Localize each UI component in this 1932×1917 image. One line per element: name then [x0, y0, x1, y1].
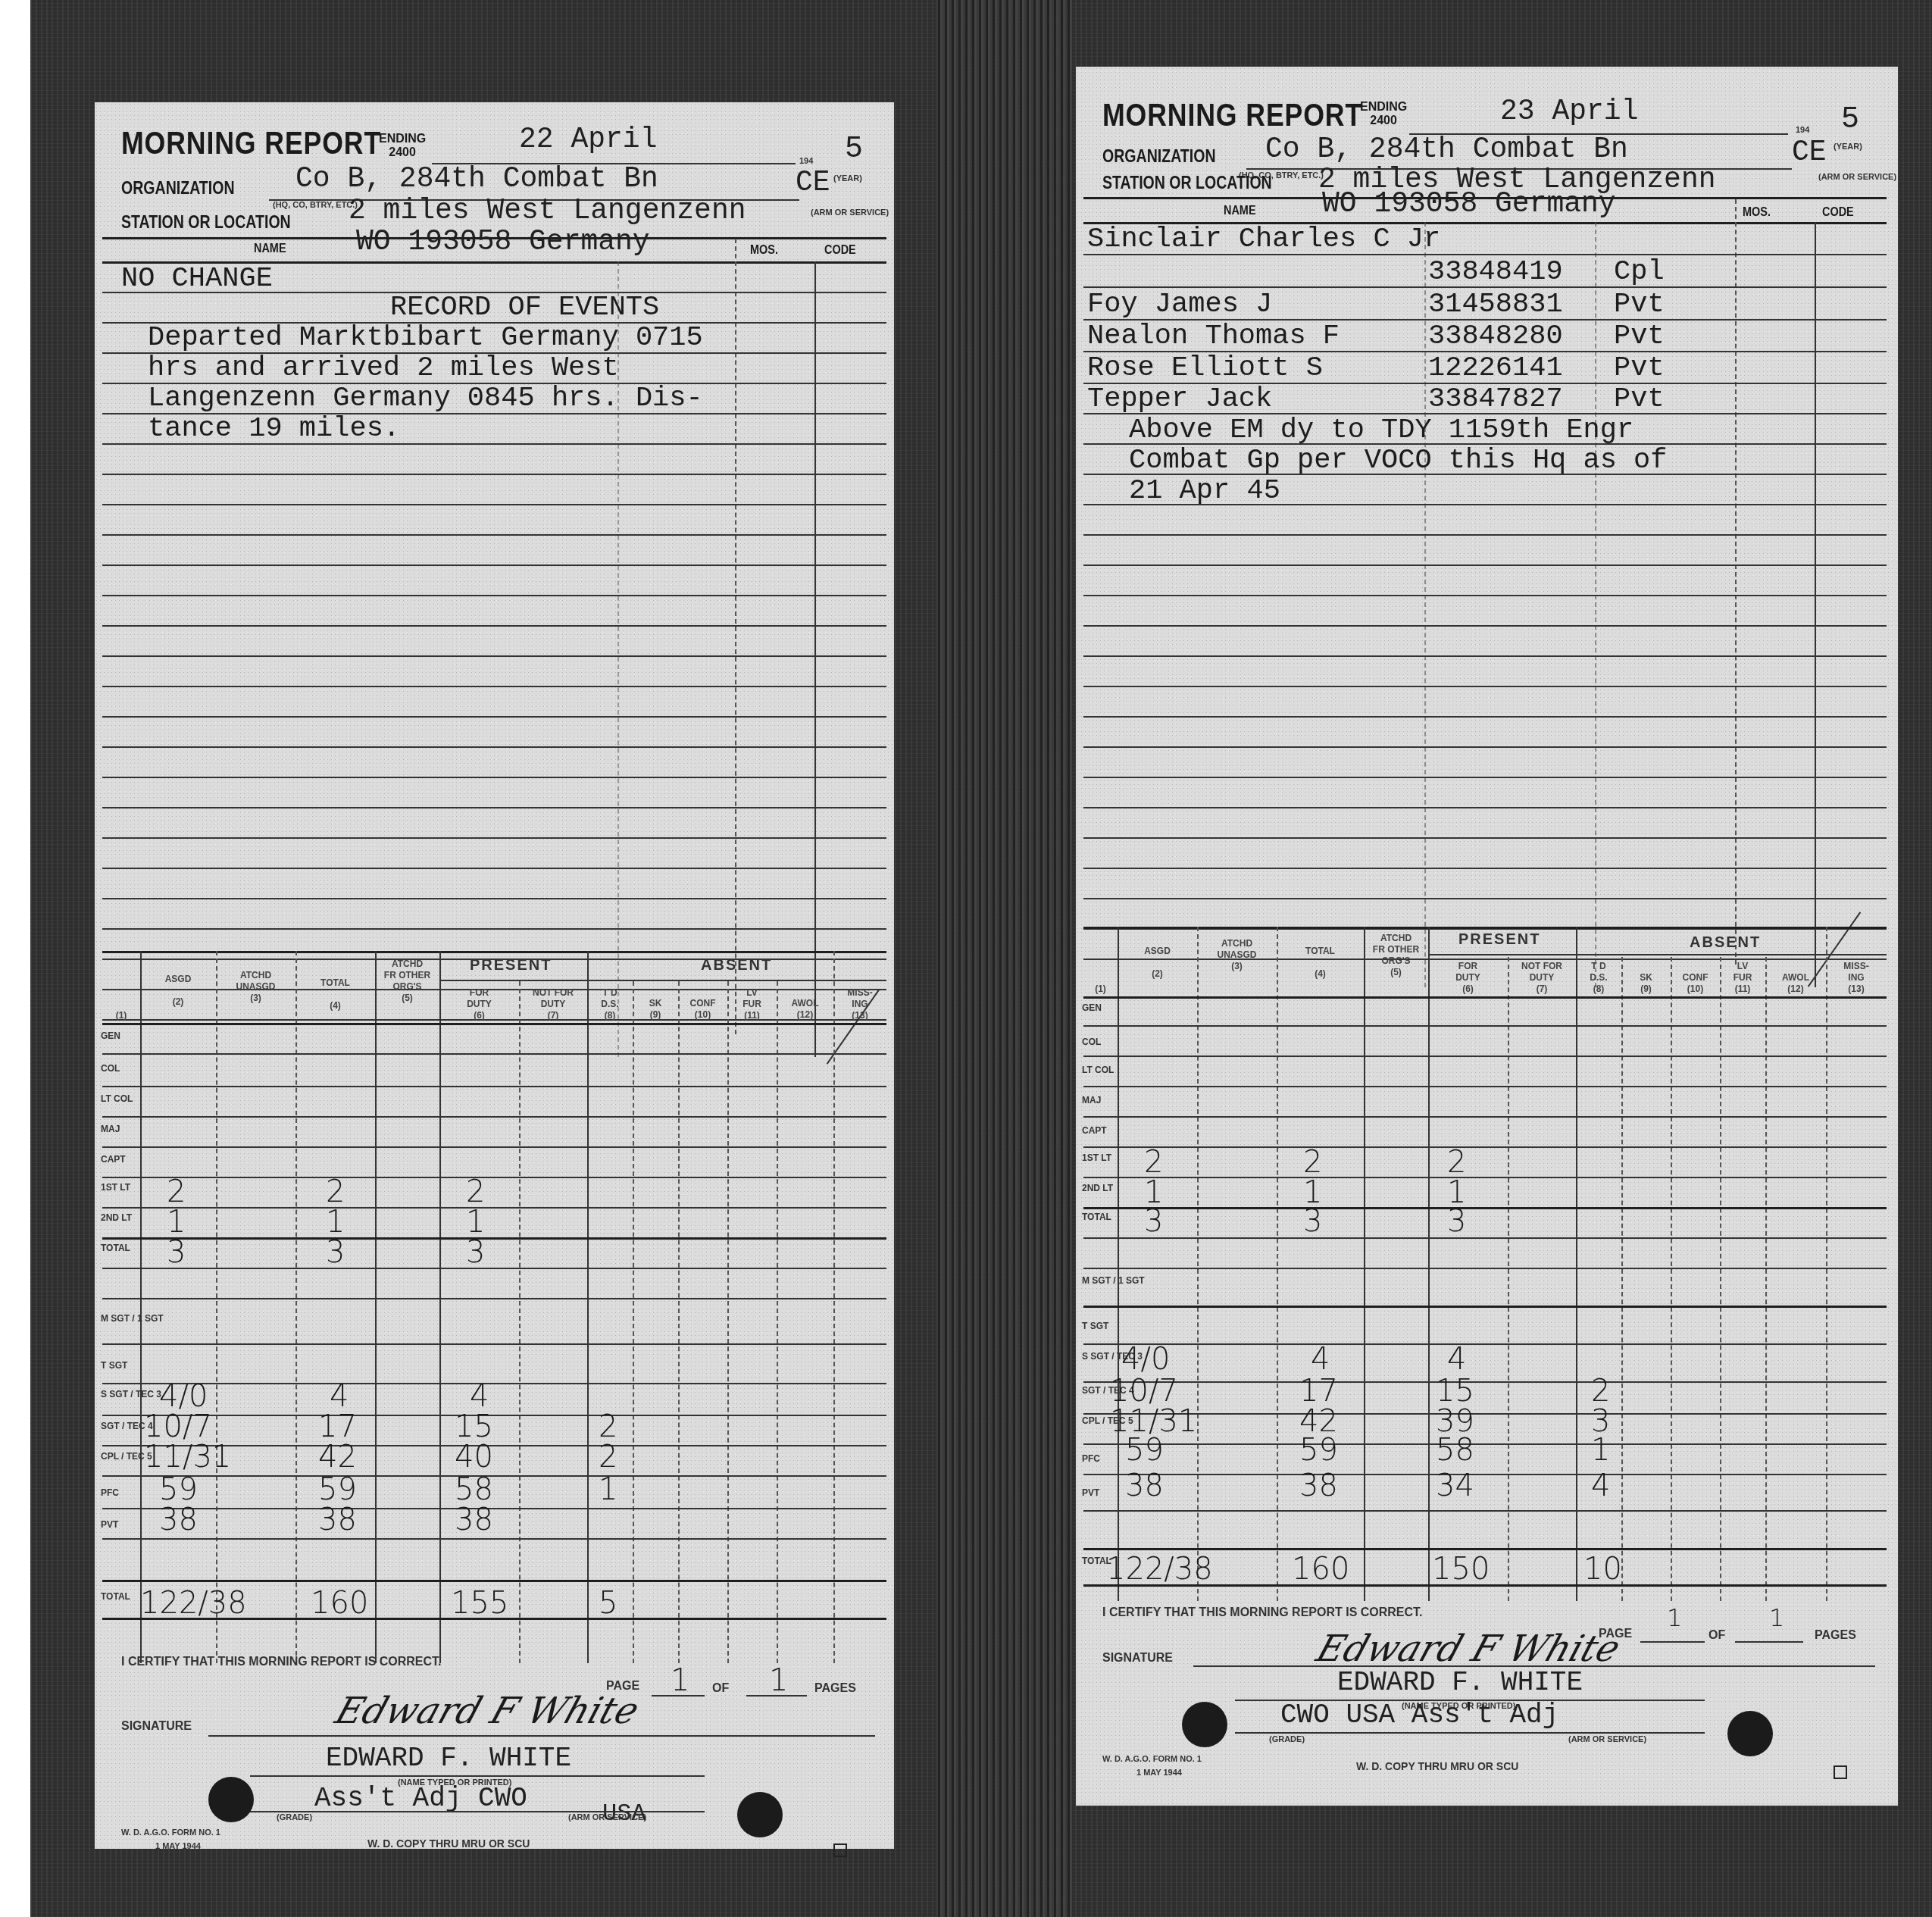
- col-lv-fur: LVFUR(11): [1720, 961, 1765, 995]
- col-conf: CONF(10): [1671, 972, 1720, 995]
- ending-text: ENDING: [1360, 101, 1407, 114]
- row-total-officers: TOTAL: [101, 1243, 130, 1254]
- organization-value: Co B, 284th Combat Bn: [295, 163, 658, 195]
- mos-header: MOS.: [1743, 205, 1771, 220]
- year-prefix: 194: [799, 157, 813, 166]
- row-m-sgt: M SGT / 1 SGT: [101, 1313, 164, 1324]
- row-gen: GEN: [101, 1030, 120, 1042]
- corner-box: [1834, 1765, 1847, 1779]
- mos-header: MOS.: [750, 242, 778, 258]
- event-line: tance 19 miles.: [148, 413, 400, 445]
- cell-total: 160: [311, 1586, 368, 1621]
- copy-note: W. D. COPY THRU MRU OR SCU: [367, 1837, 530, 1850]
- col-for-duty: FORDUTY(6): [439, 987, 519, 1021]
- grade-value: CWO USA Ass't Adj: [1280, 1700, 1558, 1731]
- col-sk: SK(9): [633, 998, 678, 1021]
- strength-table: ASGD(2) ATCHDUNASGD(3) TOTAL(4) ATCHDFR …: [95, 951, 894, 1663]
- remark-line: 21 Apr 45: [1129, 475, 1280, 507]
- cell-tdds: 2: [599, 1440, 617, 1474]
- report-date: 23 April: [1500, 95, 1638, 128]
- page-number: 1: [671, 1663, 689, 1698]
- cell-asgd: 122/38: [1106, 1552, 1213, 1587]
- entry-grade: Pvt: [1614, 289, 1665, 321]
- row-total-enlisted: TOTAL: [101, 1591, 130, 1603]
- morning-report-23-april: MORNING REPORT ENDING 2400 23 April 194 …: [1076, 67, 1898, 1806]
- row-lt-col: LT COL: [101, 1093, 133, 1105]
- entry-serial: 33848419: [1428, 256, 1563, 288]
- signer-name: EDWARD F. WHITE: [1337, 1667, 1583, 1698]
- cell-tdds: 1: [1591, 1433, 1610, 1468]
- signature: Edward F White: [330, 1690, 644, 1732]
- report-title: MORNING REPORT: [121, 125, 381, 161]
- row-lt-col: LT COL: [1082, 1065, 1114, 1076]
- row-pvt: PVT: [101, 1519, 118, 1531]
- entry-name: Rose Elliott S: [1087, 352, 1323, 384]
- form-number: W. D. A.G.O. FORM NO. 1: [121, 1828, 220, 1837]
- certification-footer: I CERTIFY THAT THIS MORNING REPORT IS CO…: [1076, 1590, 1898, 1802]
- code-header: CODE: [1822, 205, 1854, 220]
- grade-label: (GRADE): [277, 1813, 312, 1822]
- name-list-area: NO CHANGE RECORD OF EVENTS Departed Mark…: [95, 261, 894, 1057]
- cell-total: 160: [1292, 1552, 1349, 1587]
- certify-text: I CERTIFY THAT THIS MORNING REPORT IS CO…: [1102, 1606, 1423, 1620]
- row-pfc: PFC: [1082, 1453, 1100, 1465]
- cell-asgd: 38: [1125, 1468, 1164, 1503]
- cell-total: 3: [326, 1235, 345, 1270]
- event-line: Departed Marktbibart Germany 0715: [148, 322, 703, 354]
- col-lv-fur: LVFUR(11): [727, 987, 777, 1021]
- station-value: 2 miles West Langenzenn: [349, 195, 746, 227]
- cell-for-duty: 58: [1436, 1433, 1474, 1468]
- signature-label: SIGNATURE: [121, 1720, 192, 1734]
- entry-grade: Cpl: [1614, 256, 1665, 288]
- col-missing: MISS-ING(13): [833, 987, 886, 1021]
- col-td-ds: T DD.S.(8): [1576, 961, 1621, 995]
- cell-for-duty: 150: [1432, 1552, 1490, 1587]
- row-t-sgt: T SGT: [101, 1360, 127, 1371]
- cell-asgd: 3: [1144, 1204, 1163, 1239]
- name-header: NAME: [1224, 203, 1256, 218]
- col-conf: CONF(10): [678, 998, 727, 1021]
- service-label: (ARM OR SERVICE): [1818, 173, 1896, 182]
- cell-total: 38: [318, 1503, 357, 1537]
- punch-hole: [208, 1777, 254, 1822]
- entry-name: Nealon Thomas F: [1087, 321, 1340, 352]
- year-prefix: 194: [1796, 126, 1809, 135]
- cell-tdds: 1: [599, 1472, 617, 1507]
- cell-tdds: 4: [1591, 1468, 1610, 1503]
- report-date: 22 April: [519, 124, 657, 156]
- page-number: 1: [1667, 1603, 1682, 1632]
- signature-label: SIGNATURE: [1102, 1652, 1173, 1665]
- col-not-for-duty: NOT FORDUTY(7): [1508, 961, 1576, 995]
- row-total-officers: TOTAL: [1082, 1212, 1111, 1223]
- group-present: PRESENT: [1458, 931, 1540, 949]
- service-label: (ARM OR SERVICE): [811, 208, 889, 217]
- col-atchd-unasgd: ATCHDUNASGD(3): [1197, 938, 1277, 972]
- cell-asgd: 59: [1125, 1433, 1164, 1468]
- signer-name: EDWARD F. WHITE: [326, 1743, 571, 1774]
- certification-footer: I CERTIFY THAT THIS MORNING REPORT IS CO…: [95, 1648, 894, 1845]
- name-line: WO 193058 Germany: [1322, 188, 1616, 220]
- ending-label: ENDING 2400: [379, 133, 426, 160]
- year-digit: 5: [845, 133, 863, 167]
- cell-asgd: 122/38: [140, 1586, 247, 1621]
- row-maj: MAJ: [101, 1124, 120, 1135]
- cell-for-duty: 4: [1447, 1342, 1466, 1377]
- events-heading: RECORD OF EVENTS: [390, 292, 659, 324]
- cell-for-duty: 3: [1447, 1204, 1466, 1239]
- col-atchd-fr-other: ATCHDFR OTHERORG'S(5): [1364, 933, 1428, 978]
- cell-total: 3: [1303, 1204, 1322, 1239]
- entry-name: Foy James J: [1087, 289, 1272, 321]
- punch-hole: [737, 1792, 783, 1837]
- cell-total: 42: [318, 1440, 357, 1474]
- cell-asgd: 3: [167, 1235, 186, 1270]
- name-line: WO 193058 Germany: [356, 226, 650, 258]
- punch-hole: [1727, 1711, 1773, 1756]
- total-pages: 1: [1769, 1603, 1784, 1632]
- cell-asgd: 4/0: [1121, 1342, 1170, 1377]
- form-date: 1 MAY 1944: [1136, 1768, 1182, 1778]
- code-header: CODE: [824, 242, 856, 258]
- col-for-duty: FORDUTY(6): [1428, 961, 1508, 995]
- year-label: (YEAR): [833, 174, 862, 183]
- row-s-sgt: S SGT / TEC 3: [101, 1389, 161, 1400]
- row-m-sgt: M SGT / 1 SGT: [1082, 1275, 1145, 1287]
- row-capt: CAPT: [101, 1154, 126, 1165]
- col-asgd: ASGD(2): [140, 974, 216, 1008]
- corner-box: [833, 1844, 847, 1857]
- row-col: COL: [101, 1063, 120, 1074]
- of-label: OF: [1708, 1629, 1725, 1643]
- entry-name: NO CHANGE: [121, 263, 273, 295]
- event-line: hrs and arrived 2 miles West: [148, 352, 619, 384]
- cell-for-duty: 155: [451, 1586, 508, 1621]
- report-title: MORNING REPORT: [1102, 97, 1362, 133]
- cell-total: 4: [1311, 1342, 1330, 1377]
- col-total: TOTAL(4): [1277, 946, 1364, 980]
- remark-line: Combat Gp per VOCO this Hq as of: [1129, 445, 1668, 477]
- entry-grade: Pvt: [1614, 352, 1665, 384]
- ending-time: 2400: [1360, 114, 1407, 128]
- morning-report-22-april: MORNING REPORT ENDING 2400 22 April 194 …: [95, 102, 894, 1849]
- col-td-ds: T DD.S.(8): [587, 987, 633, 1021]
- station-label: STATION OR LOCATION: [121, 212, 291, 233]
- col-not-for-duty: NOT FORDUTY(7): [519, 987, 587, 1021]
- col-total: TOTAL(4): [295, 977, 375, 1012]
- signature: Edward F White: [1311, 1628, 1625, 1670]
- group-present: PRESENT: [470, 957, 552, 974]
- organization-hint: (HQ, CO, BTRY, ETC.): [273, 201, 358, 210]
- row-col: COL: [1082, 1037, 1101, 1048]
- row-2nd-lt: 2ND LT: [101, 1212, 132, 1224]
- col-atchd-unasgd: ATCHDUNASGD(3): [216, 970, 295, 1004]
- entry-name: Sinclair Charles C Jr: [1087, 224, 1440, 255]
- ending-text: ENDING: [379, 133, 426, 146]
- row-gen: GEN: [1082, 1002, 1102, 1014]
- ending-label: ENDING 2400: [1360, 101, 1407, 128]
- entry-serial: 31458831: [1428, 289, 1563, 321]
- col-awol: AWOL(12): [1765, 972, 1826, 995]
- arm-label: (ARM OR SERVICE): [568, 1813, 646, 1822]
- year-digit: 5: [1841, 103, 1859, 137]
- ending-time: 2400: [379, 146, 426, 160]
- entry-serial: 33847827: [1428, 383, 1563, 415]
- col-missing: MISS-ING(13): [1826, 961, 1887, 995]
- form-number: W. D. A.G.O. FORM NO. 1: [1102, 1755, 1202, 1764]
- binding-spine: [936, 0, 1072, 1917]
- row-pvt: PVT: [1082, 1487, 1099, 1499]
- pages-label: PAGES: [814, 1682, 856, 1696]
- row-1st-lt: 1ST LT: [1082, 1152, 1111, 1164]
- cell-for-duty: 34: [1436, 1468, 1474, 1503]
- organization-label: ORGANIZATION: [1102, 146, 1216, 167]
- col-asgd: ASGD(2): [1118, 946, 1197, 980]
- station-label: STATION OR LOCATION: [1102, 173, 1272, 193]
- entry-grade: Pvt: [1614, 321, 1665, 352]
- remark-line: Above EM dy to TDY 1159th Engr: [1129, 414, 1633, 446]
- cell-total: 59: [1299, 1433, 1338, 1468]
- punch-hole: [1182, 1702, 1227, 1747]
- form-date: 1 MAY 1944: [155, 1842, 201, 1851]
- total-pages: 1: [769, 1663, 788, 1698]
- row-t-sgt: T SGT: [1082, 1321, 1108, 1332]
- col-awol: AWOL(12): [777, 998, 833, 1021]
- entry-grade: Pvt: [1614, 383, 1665, 415]
- of-label: OF: [712, 1682, 729, 1696]
- col-rank: (1): [1083, 984, 1118, 995]
- year-label: (YEAR): [1834, 142, 1862, 152]
- service-value: CE: [1792, 136, 1827, 169]
- cell-total: 38: [1299, 1468, 1338, 1503]
- name-header: NAME: [254, 241, 286, 256]
- cell-for-duty: 3: [466, 1235, 485, 1270]
- row-maj: MAJ: [1082, 1095, 1101, 1106]
- entry-serial: 33848280: [1428, 321, 1563, 352]
- row-pfc: PFC: [101, 1487, 119, 1499]
- cell-for-duty: 38: [455, 1503, 493, 1537]
- cell-tdds: 5: [599, 1586, 617, 1621]
- row-2nd-lt: 2ND LT: [1082, 1183, 1113, 1194]
- col-sk: SK(9): [1621, 972, 1671, 995]
- arm-label: (ARM OR SERVICE): [1568, 1735, 1646, 1744]
- entry-serial: 12226141: [1428, 352, 1563, 384]
- event-line: Langenzenn Germany 0845 hrs. Dis-: [148, 383, 703, 414]
- name-list-area: Sinclair Charles C Jr 33848419 Cpl Foy J…: [1076, 222, 1898, 995]
- strength-table: ASGD(2) ATCHDUNASGD(3) TOTAL(4) ATCHDFR …: [1076, 927, 1898, 1609]
- cell-asgd: 38: [159, 1503, 198, 1537]
- row-capt: CAPT: [1082, 1125, 1107, 1137]
- cell-tdds: 10: [1583, 1552, 1622, 1587]
- copy-note: W. D. COPY THRU MRU OR SCU: [1356, 1760, 1518, 1772]
- grade-value: Ass't Adj CWO: [314, 1783, 527, 1814]
- cell-asgd: 11/31: [144, 1440, 231, 1474]
- group-absent: ABSENT: [701, 957, 772, 974]
- entry-name: Tepper Jack: [1087, 383, 1272, 415]
- row-1st-lt: 1ST LT: [101, 1182, 130, 1193]
- certify-text: I CERTIFY THAT THIS MORNING REPORT IS CO…: [121, 1656, 442, 1669]
- col-rank: (1): [102, 1010, 140, 1021]
- col-atchd-fr-other: ATCHDFR OTHERORG'S(5): [375, 958, 439, 1004]
- service-value: CE: [796, 167, 830, 199]
- organization-label: ORGANIZATION: [121, 178, 235, 199]
- cell-for-duty: 40: [455, 1440, 493, 1474]
- organization-value: Co B, 284th Combat Bn: [1265, 133, 1628, 166]
- grade-label: (GRADE): [1269, 1735, 1305, 1744]
- group-absent: ABSENT: [1690, 934, 1761, 952]
- pages-label: PAGES: [1815, 1629, 1856, 1643]
